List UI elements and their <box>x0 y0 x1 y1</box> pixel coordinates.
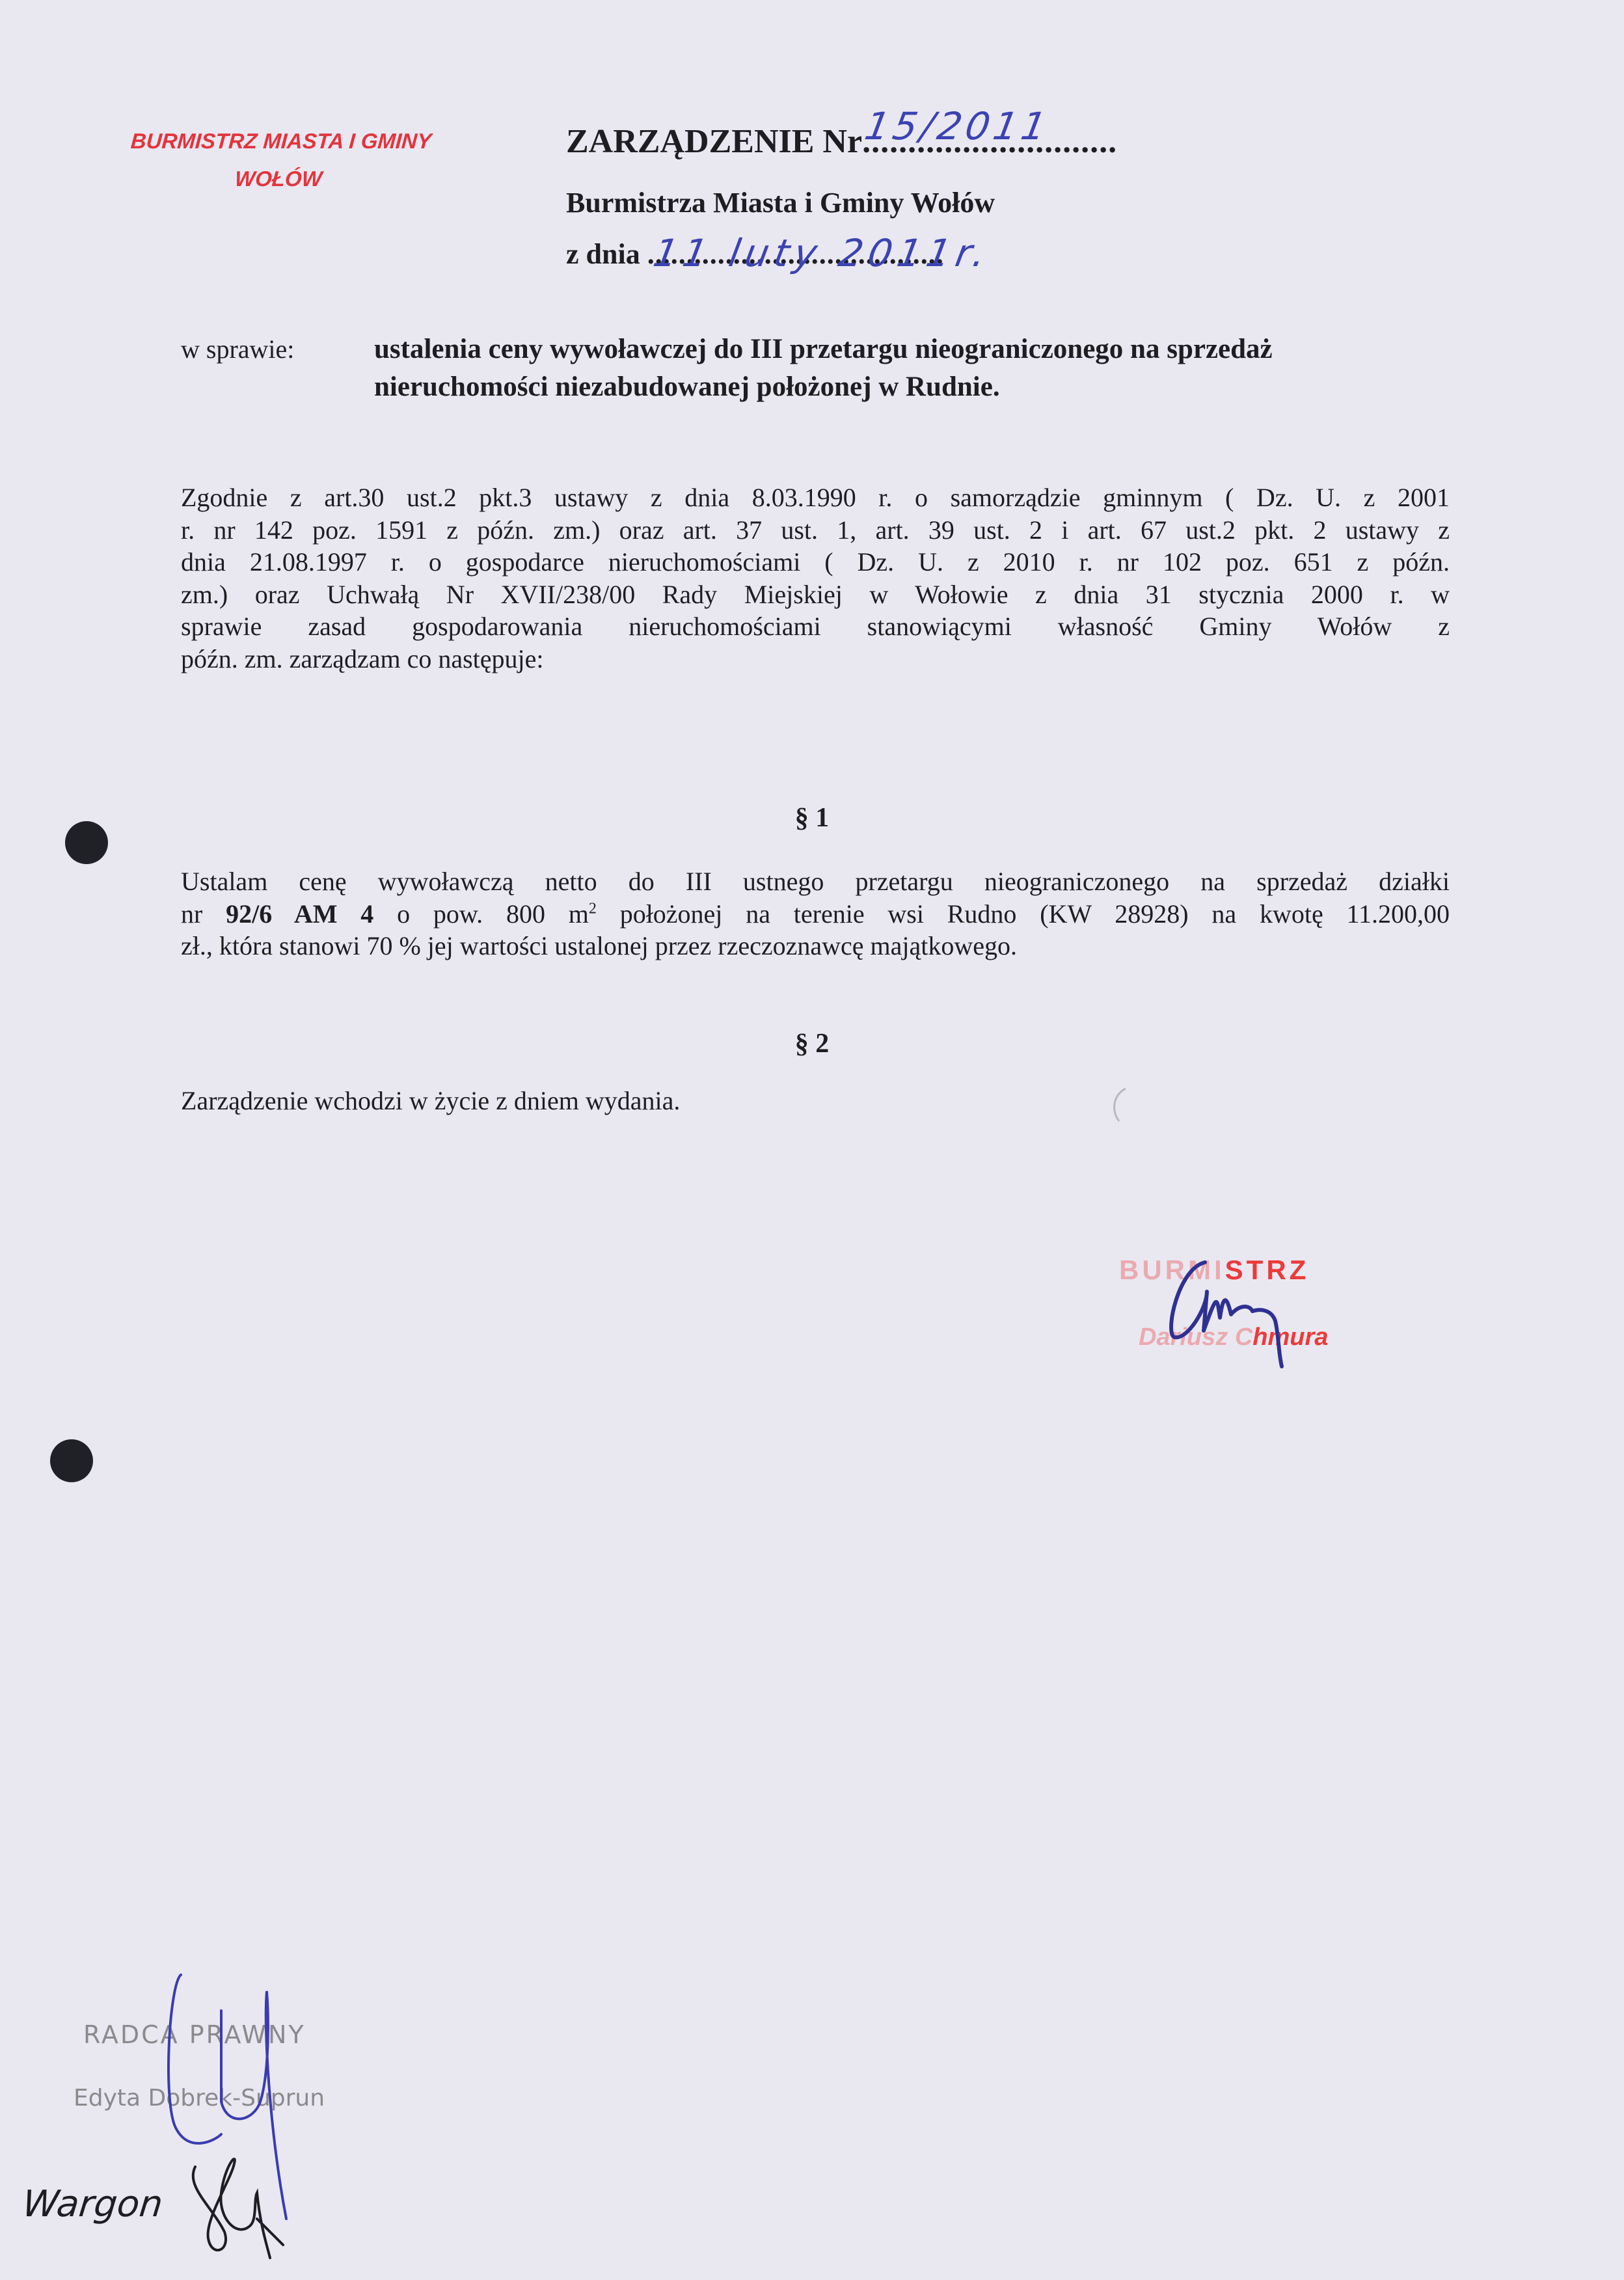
text-fragment: o pow. 800 m <box>373 899 589 929</box>
paragraph-line: dnia 21.08.1997 r. o gospodarce nierucho… <box>181 546 1450 578</box>
text-fragment: położonej na terenie wsi Rudno (KW 28928… <box>597 899 1450 929</box>
punch-hole <box>65 821 108 864</box>
superscript: 2 <box>589 900 597 917</box>
section-1-heading: § 1 <box>0 802 1624 834</box>
stamp-line-2: WOŁÓW <box>82 160 475 198</box>
legal-basis-paragraph: Zgodnie z art.30 ust.2 pkt.3 ustawy z dn… <box>181 482 1450 675</box>
text-fragment: nr <box>181 899 226 929</box>
issuer-stamp: BURMISTRZ MIASTA I GMINY WOŁÓW <box>82 122 478 198</box>
paragraph-line: zł., która stanowi 70 % jej wartości ust… <box>181 930 1450 962</box>
subject-line: ustalenia ceny wywoławczej do III przeta… <box>374 331 1480 368</box>
paragraph-line: Zarządzenie wchodzi w życie z dniem wyda… <box>181 1085 1450 1117</box>
mayor-signature-icon <box>1158 1256 1353 1386</box>
stamp-line-1: BURMISTRZ MIASTA I GMINY <box>85 122 478 160</box>
handwritten-number: 15/2011 <box>861 104 1053 148</box>
document-issuer: Burmistrza Miasta i Gminy Wołów <box>566 186 995 219</box>
paragraph-line: późn. zm. zarządzam co następuje: <box>181 643 1450 675</box>
title-text: ZARZĄDZENIE Nr <box>566 123 862 160</box>
punch-hole <box>50 1439 93 1482</box>
paragraph-line: r. nr 142 poz. 1591 z późn. zm.) oraz ar… <box>181 514 1450 547</box>
handwritten-note: Wargon <box>21 2183 165 2225</box>
parcel-number: 92/6 AM 4 <box>226 899 373 929</box>
subject-label: w sprawie: <box>181 334 294 364</box>
section-2-heading: § 2 <box>0 1028 1624 1059</box>
handwritten-date: 11 luty 2011r. <box>650 231 994 275</box>
paragraph-line: sprawie zasad gospodarowania nieruchomoś… <box>181 610 1450 643</box>
paragraph-line: Zgodnie z art.30 ust.2 pkt.3 ustawy z dn… <box>181 482 1450 514</box>
subject-text: ustalenia ceny wywoławczej do III przeta… <box>374 331 1480 406</box>
section-2-text: Zarządzenie wchodzi w życie z dniem wyda… <box>181 1085 1450 1117</box>
subject-line: nieruchomości niezabudowanej położonej w… <box>374 368 1480 406</box>
paragraph-line: nr 92/6 AM 4 o pow. 800 m2 położonej na … <box>181 898 1450 930</box>
section-1-text: Ustalam cenę wywoławczą netto do III ust… <box>181 865 1450 962</box>
date-label: z dnia <box>566 238 647 270</box>
paragraph-line: zm.) oraz Uchwałą Nr XVII/238/00 Rady Mi… <box>181 578 1450 611</box>
initials-signature-icon <box>185 2154 290 2271</box>
paper-mark-icon <box>1106 1085 1132 1124</box>
paragraph-line: Ustalam cenę wywoławczą netto do III ust… <box>181 865 1450 898</box>
